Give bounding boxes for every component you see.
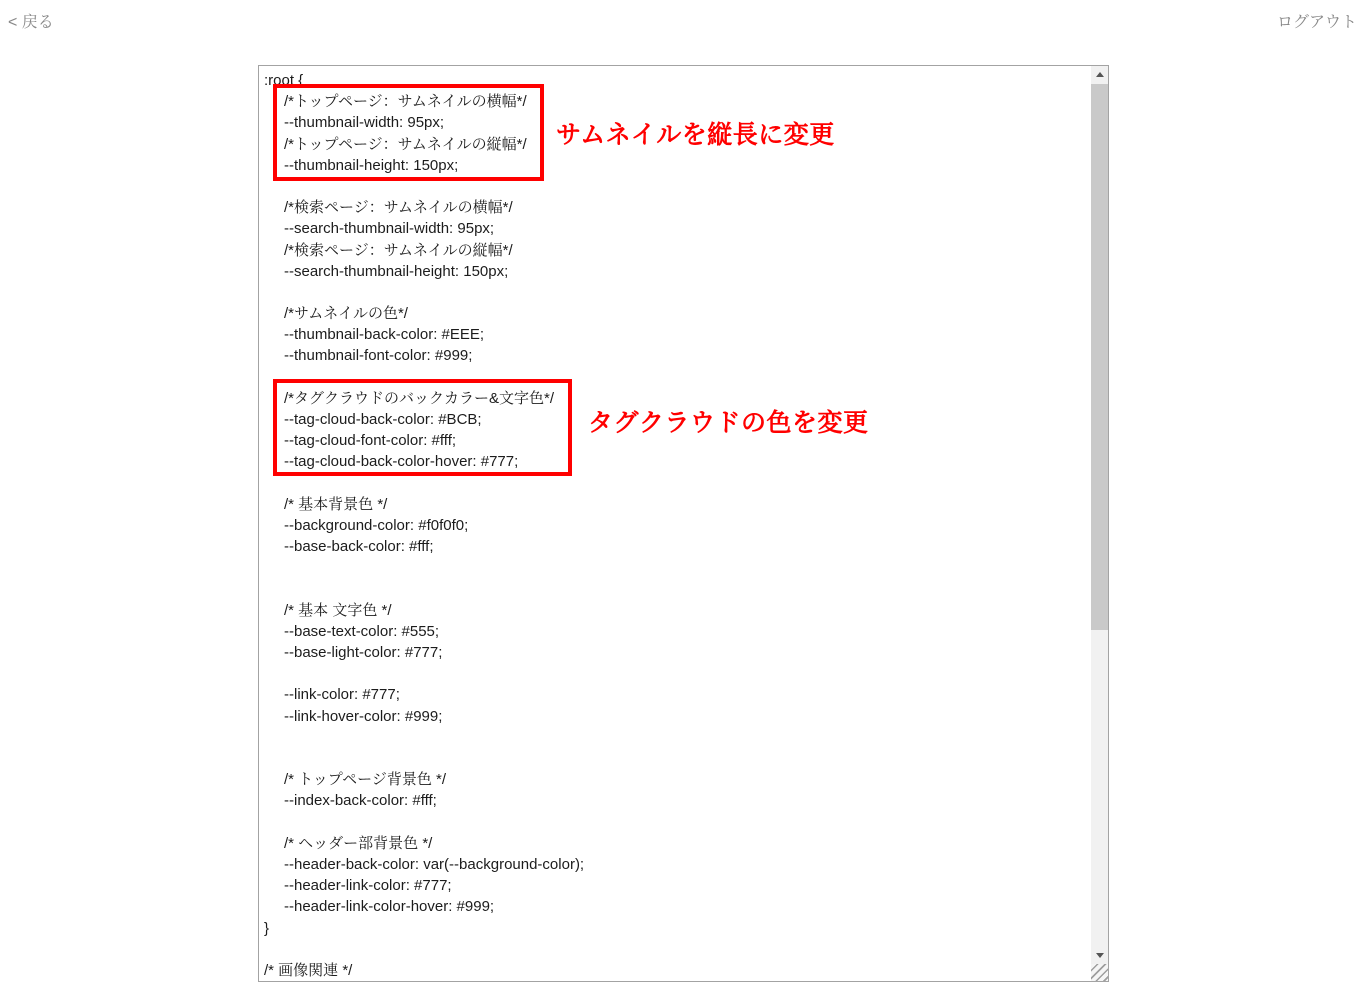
code-line: --thumbnail-height: 150px; [264,155,1091,176]
code-line: --tag-cloud-font-color: #fff; [264,430,1091,451]
code-line: /*検索ページ：サムネイルの横幅*/ [264,197,1091,218]
code-line [264,579,1091,600]
css-editor-textarea[interactable]: :root {/*トップページ：サムネイルの横幅*/--thumbnail-wi… [258,65,1109,982]
editor-lines[interactable]: :root {/*トップページ：サムネイルの横幅*/--thumbnail-wi… [259,66,1091,981]
code-line [264,663,1091,684]
code-line [264,939,1091,960]
code-line: --header-link-color-hover: #999; [264,896,1091,917]
code-line: --search-thumbnail-height: 150px; [264,261,1091,282]
resize-grip-icon[interactable] [1091,964,1108,981]
code-line: /*タグクラウドのバックカラー&文字色*/ [264,388,1091,409]
code-line: --search-thumbnail-width: 95px; [264,218,1091,239]
code-line: --base-back-color: #fff; [264,536,1091,557]
code-line: --link-hover-color: #999; [264,706,1091,727]
code-line: /* 基本背景色 */ [264,494,1091,515]
code-line: --header-link-color: #777; [264,875,1091,896]
code-line: } [264,918,1091,939]
scrollbar-up-button[interactable] [1091,66,1108,83]
code-line: --background-color: #f0f0f0; [264,515,1091,536]
code-line: --thumbnail-width: 95px; [264,112,1091,133]
code-line: :root { [264,70,1091,91]
code-line: /* トップページ背景色 */ [264,769,1091,790]
code-line: --tag-cloud-back-color-hover: #777; [264,451,1091,472]
code-line: /* ヘッダー部背景色 */ [264,833,1091,854]
page: { "header": { "back_label": "< 戻る", "log… [0,0,1366,1001]
code-line: /*検索ページ：サムネイルの縦幅*/ [264,240,1091,261]
code-line [264,557,1091,578]
code-line: /*トップページ：サムネイルの横幅*/ [264,91,1091,112]
code-line [264,367,1091,388]
code-line: /* 基本 文字色 */ [264,600,1091,621]
vertical-scrollbar[interactable] [1091,66,1108,964]
code-line [264,748,1091,769]
code-line [264,727,1091,748]
scrollbar-thumb[interactable] [1091,84,1108,630]
code-line: --index-back-color: #fff; [264,790,1091,811]
code-line [264,176,1091,197]
code-line [264,812,1091,833]
code-line: --thumbnail-back-color: #EEE; [264,324,1091,345]
back-link[interactable]: < 戻る [8,9,54,32]
code-line: /* 画像関連 */ [264,960,1091,981]
code-line [264,473,1091,494]
triangle-down-icon [1096,953,1104,958]
code-line: --header-back-color: var(--background-co… [264,854,1091,875]
triangle-up-icon [1096,72,1104,77]
code-line: --base-light-color: #777; [264,642,1091,663]
code-line: /*トップページ：サムネイルの縦幅*/ [264,134,1091,155]
logout-link[interactable]: ログアウト [1277,9,1357,32]
code-line [264,282,1091,303]
code-line: --tag-cloud-back-color: #BCB; [264,409,1091,430]
scrollbar-down-button[interactable] [1091,947,1108,964]
code-line: --thumbnail-font-color: #999; [264,345,1091,366]
code-line: /*サムネイルの色*/ [264,303,1091,324]
code-line: --base-text-color: #555; [264,621,1091,642]
code-line: --link-color: #777; [264,684,1091,705]
